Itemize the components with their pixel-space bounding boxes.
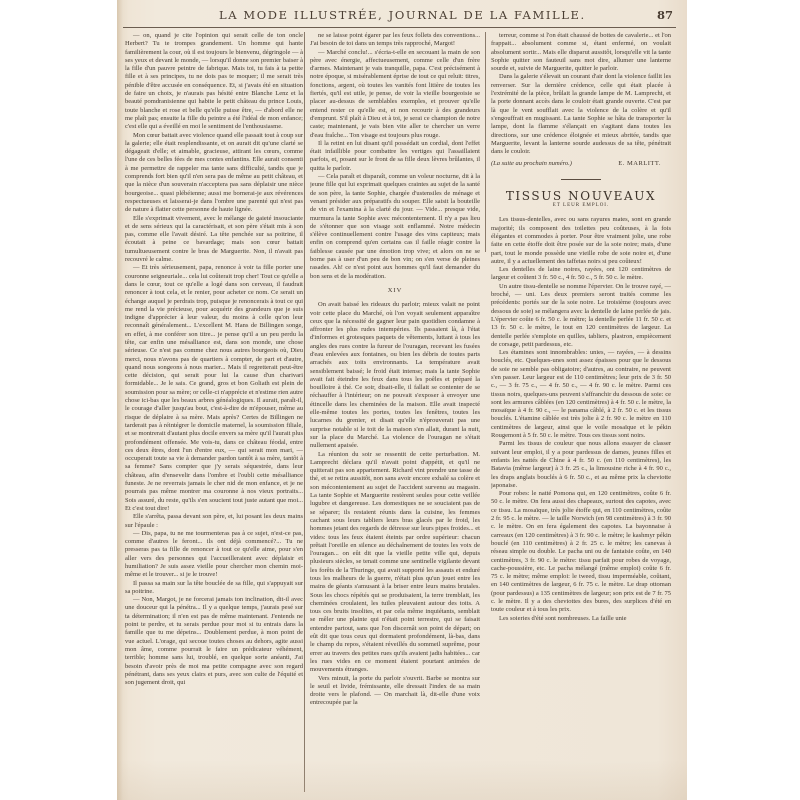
journal-page: LA MODE ILLUSTRÉE, JOURNAL DE LA FAMILLE…: [117, 0, 687, 800]
section-separator: [561, 179, 601, 180]
header-rule: [123, 27, 676, 28]
paragraph: — Cela paraît et disparaît, comme un vol…: [310, 173, 480, 281]
paragraph: Vers minuit, la porte du parloir s'ouvri…: [310, 675, 480, 708]
paragraph: Parmi les tissus de couleur que nous all…: [491, 440, 671, 490]
paragraph: Dans la galerie s'élevait un courant d'a…: [491, 73, 671, 156]
article-title: TISSUS NOUVEAUX: [491, 192, 671, 200]
paragraph: Elle s'arrêta, passa devant son père, et…: [125, 513, 303, 530]
paragraph: Il passa sa main sur la tête bouclée de …: [125, 580, 303, 597]
continuation-note: (La suite au prochain numéro.): [491, 160, 572, 168]
page-number: 87: [657, 8, 673, 22]
paragraph: Les soieries d'été sont nombreuses. La f…: [491, 615, 671, 623]
author-name: E. MARLITT.: [618, 160, 661, 168]
paragraph: Les tissus-dentelles, avec ou sans rayur…: [491, 216, 671, 266]
paragraph: Elle s'exprimait vivement, avec le mélan…: [125, 215, 303, 265]
column-divider-1: [304, 32, 305, 792]
paragraph: Mon cœur battait avec violence quand ell…: [125, 132, 303, 215]
column-divider-2: [485, 32, 486, 252]
paragraph: terreur, comme si l'on était chaussé de …: [491, 32, 671, 73]
paragraph: Pour robes: le natté Pomona qui, en 120 …: [491, 490, 671, 614]
paragraph: Il la retint en lui disant qu'il posséda…: [310, 140, 480, 173]
journal-title: LA MODE ILLUSTRÉE, JOURNAL DE LA FAMILLE…: [219, 8, 586, 22]
paragraph: — Et très sérieusement, papa, renonce à …: [125, 264, 303, 513]
running-header: LA MODE ILLUSTRÉE, JOURNAL DE LA FAMILLE…: [127, 8, 677, 24]
page-fold-shadow: [117, 0, 123, 800]
column-1: — on, quand je cite l'opinion qui serait…: [125, 32, 303, 792]
article-subtitle: ET LEUR EMPLOI.: [491, 202, 671, 210]
paragraph: La réunion du soir se ressentit de cette…: [310, 451, 480, 675]
paragraph: — Dis, papa, tu ne me tourmenteras pas à…: [125, 530, 303, 580]
paragraph: — Non, Margot, je ne forcerai jamais ton…: [125, 596, 303, 687]
paragraph: Un autre tissu-dentelle se nomme l'éperv…: [491, 283, 671, 349]
serial-signature: (La suite au prochain numéro.) E. MARLIT…: [491, 160, 671, 168]
paragraph: On avait baissé les rideaux du parloir; …: [310, 301, 480, 450]
paragraph: — on, quand je cite l'opinion qui serait…: [125, 32, 303, 132]
paragraph: Les étamines sont innombrables: unies, —…: [491, 349, 671, 440]
chapter-number: XIV: [310, 287, 480, 295]
paragraph: — Marché conclu!... s'écria-t-elle en se…: [310, 49, 480, 140]
column-2: ne se laisse point égarer par les feux f…: [310, 32, 480, 792]
paragraph: ne se laisse point égarer par les feux f…: [310, 32, 480, 49]
paragraph: Les dentelles de laine noires, rayées, o…: [491, 266, 671, 283]
column-3: terreur, comme si l'on était chaussé de …: [491, 32, 671, 792]
